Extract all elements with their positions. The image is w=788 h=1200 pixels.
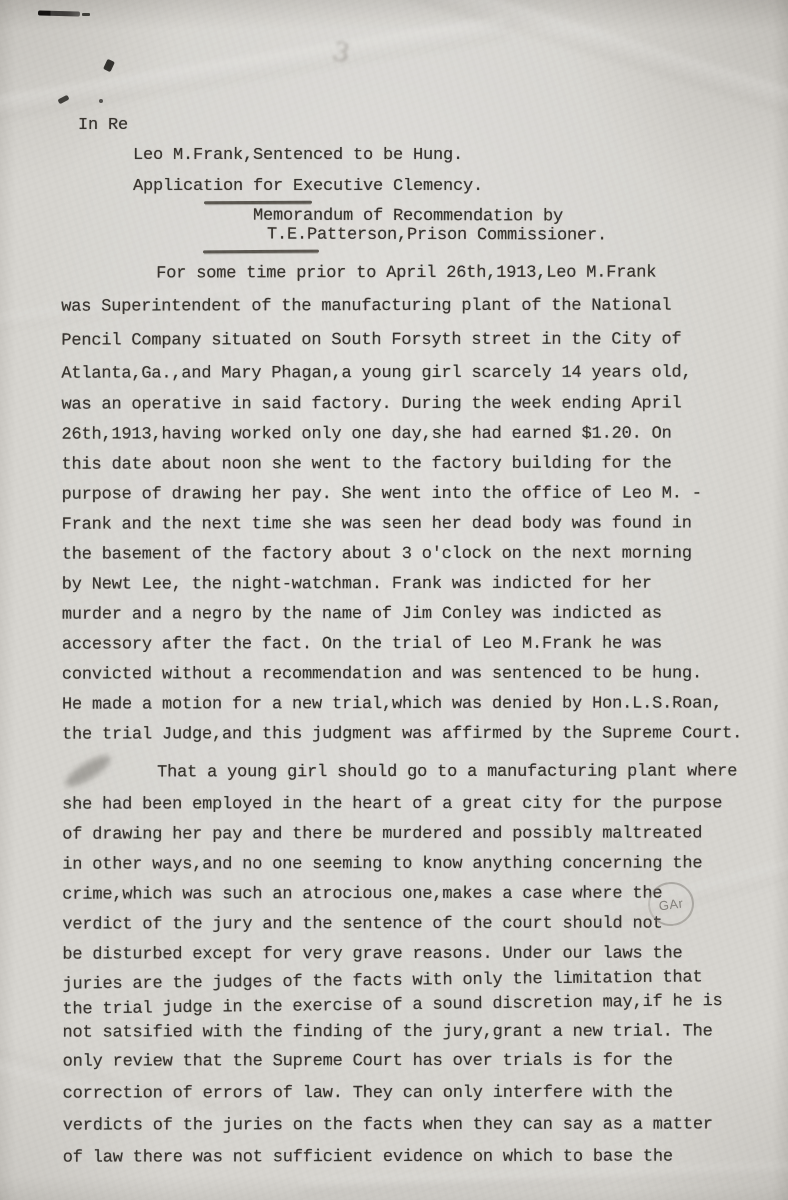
text-line: she had been employed in the heart of a … xyxy=(62,794,768,825)
in-re-label: In Re xyxy=(78,116,128,135)
ink-scratch-mark xyxy=(82,13,90,16)
text-line: by Newt Lee, the night-watchman. Frank w… xyxy=(62,574,768,605)
underline-rule xyxy=(204,201,312,205)
text-line: of law there was not sufficient evidence… xyxy=(63,1147,769,1180)
application-title: Application for Executive Clemency. xyxy=(133,177,483,196)
ink-blot xyxy=(99,99,103,103)
ink-blot xyxy=(103,59,115,72)
faint-pencil-mark: 3 xyxy=(330,37,352,70)
paragraph-2: That a young girl should go to a manufac… xyxy=(62,762,769,1180)
text-line: was an operative in said factory. During… xyxy=(61,394,767,425)
memo-heading-line2: T.E.Patterson,Prison Commissioner. xyxy=(267,226,607,246)
scanned-document-page: 3 In Re Leo M.Frank,Sentenced to be Hung… xyxy=(0,0,788,1200)
text-line: That a young girl should go to a manufac… xyxy=(62,762,768,795)
text-line: He made a motion for a new trial,which w… xyxy=(62,694,768,725)
document-body: For some time prior to April 26th,1913,L… xyxy=(61,263,769,1180)
text-line: only review that the Supreme Court has o… xyxy=(63,1051,769,1084)
text-line: was Superintendent of the manufacturing … xyxy=(61,296,767,331)
text-line: convicted without a recommendation and w… xyxy=(62,664,768,695)
memo-heading-line1: Memorandum of Recommendation by xyxy=(253,207,563,227)
paper-crease xyxy=(0,16,509,124)
text-line: not satsified with the finding of the ju… xyxy=(63,1022,769,1052)
text-line: Atlanta,Ga.,and Mary Phagan,a young girl… xyxy=(61,363,767,395)
text-line: 26th,1913,having worked only one day,she… xyxy=(61,424,767,455)
text-line: For some time prior to April 26th,1913,L… xyxy=(61,263,767,297)
paragraph-1: For some time prior to April 26th,1913,L… xyxy=(61,263,768,755)
ink-blot xyxy=(57,95,69,105)
text-line: Frank and the next time she was seen her… xyxy=(62,514,768,545)
text-line: Pencil Company situated on South Forsyth… xyxy=(61,330,767,364)
stamp-text: GAr xyxy=(658,895,684,913)
text-line: of drawing her pay and there be murdered… xyxy=(62,824,768,855)
text-line: in other ways,and no one seeming to know… xyxy=(62,854,768,885)
text-line: murder and a negro by the name of Jim Co… xyxy=(62,604,768,635)
text-line: this date about noon she went to the fac… xyxy=(62,454,768,485)
text-line: purpose of drawing her pay. She went int… xyxy=(62,484,768,515)
text-line: correction of errors of law. They can on… xyxy=(63,1083,769,1116)
case-title: Leo M.Frank,Sentenced to be Hung. xyxy=(133,146,463,165)
underline-rule xyxy=(203,250,319,254)
ink-scratch-mark xyxy=(38,10,80,16)
text-line: accessory after the fact. On the trial o… xyxy=(62,634,768,665)
text-line: verdicts of the juries on the facts when… xyxy=(63,1115,769,1148)
text-line: the basement of the factory about 3 o'cl… xyxy=(62,544,768,575)
text-line: the trial Judge,and this judgment was af… xyxy=(62,724,768,755)
paper-crease xyxy=(406,0,788,133)
